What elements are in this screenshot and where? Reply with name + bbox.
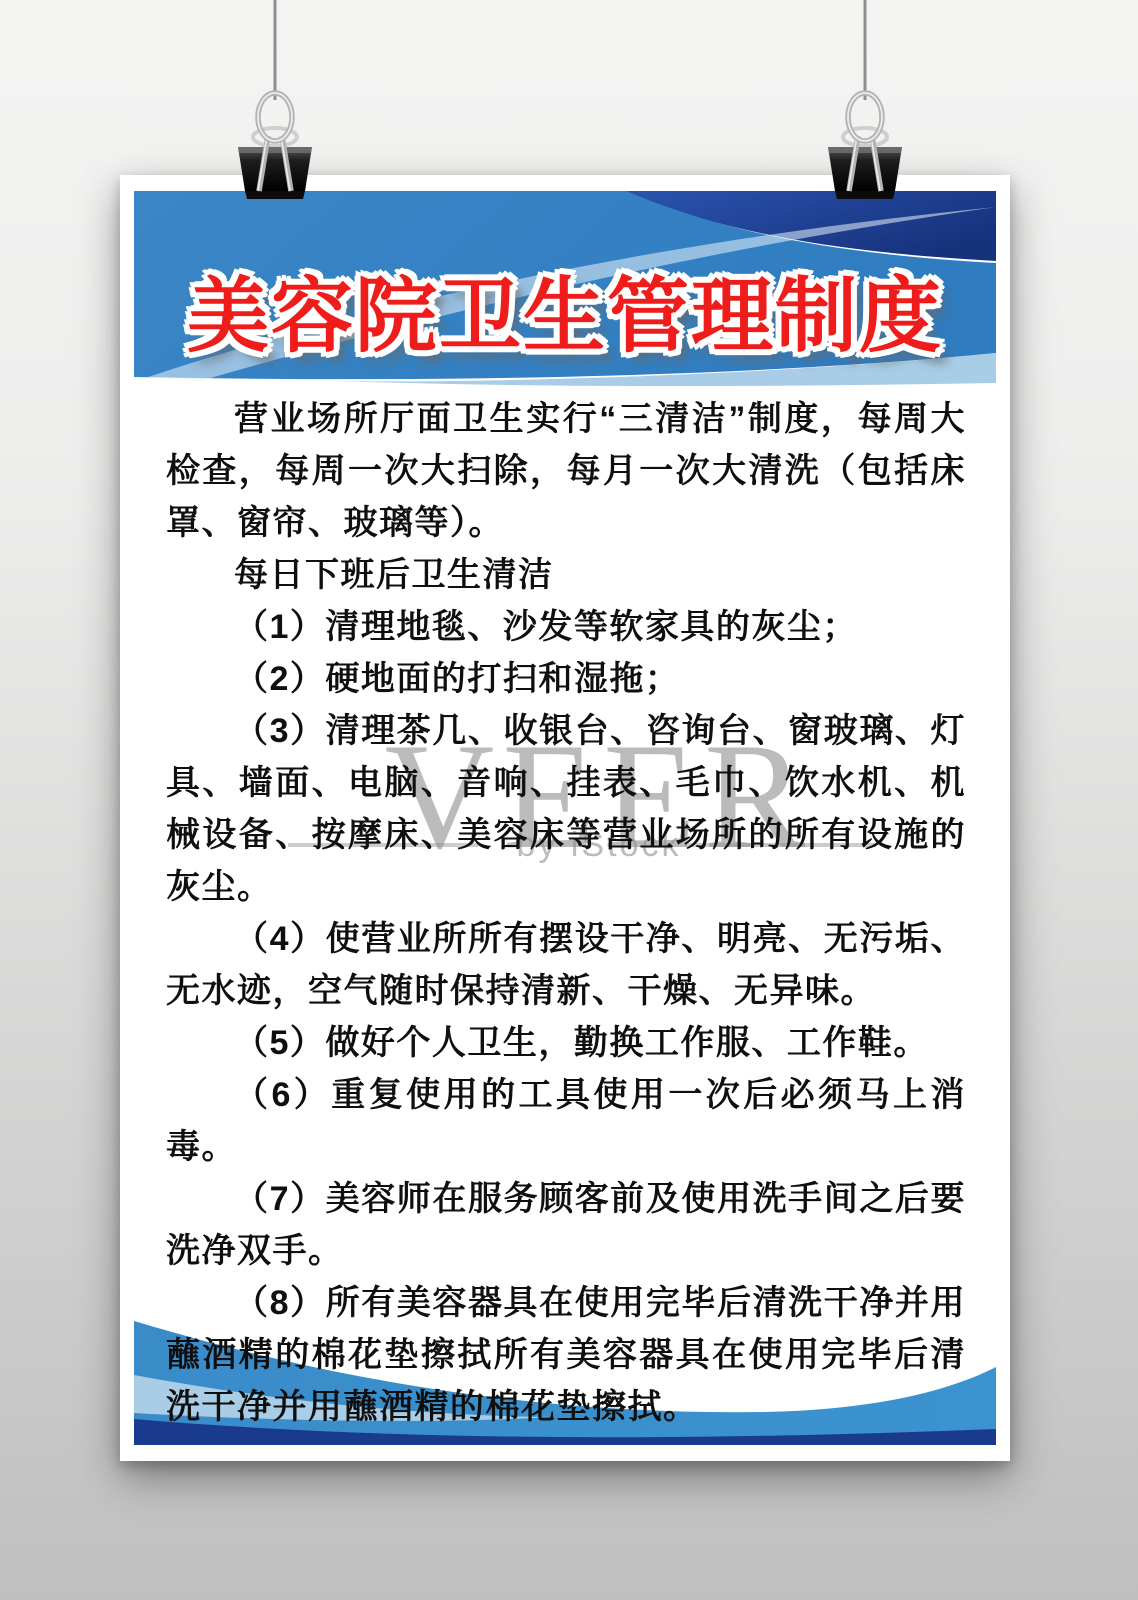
paragraph-rule-8: （8）所有美容器具在使用完毕后清洗干净并用蘸酒精的棉花垫擦拭所有美容器具在使用完… — [166, 1277, 966, 1433]
paragraph-rule-3: （3）清理茶几、收银台、咨询台、窗玻璃、灯具、墙面、电脑、音响、挂表、毛巾、饮水… — [166, 705, 966, 913]
paragraph-section: 每日下班后卫生清洁 — [166, 549, 966, 601]
paragraph-intro: 营业场所厅面卫生实行“三清洁”制度，每周大检查，每周一次大扫除，每月一次大清洗（… — [166, 393, 966, 549]
paragraph-rule-7: （7）美容师在服务顾客前及使用洗手间之后要洗净双手。 — [166, 1173, 966, 1277]
poster-title: 美容院卫生管理制度 — [120, 251, 1010, 368]
paragraph-rule-5: （5）做好个人卫生，勤换工作服、工作鞋。 — [166, 1017, 966, 1069]
scene-background: 美容院卫生管理制度 VEER by iStock 营业场所厅面卫生实行“三清洁”… — [0, 0, 1138, 1600]
binder-clip-right-icon — [820, 0, 910, 205]
hanging-string — [274, 0, 277, 100]
clip-body — [238, 147, 312, 191]
paragraph-rule-4: （4）使营业所所有摆设干净、明亮、无污垢、无水迹，空气随时保持清新、干燥、无异味… — [166, 913, 966, 1017]
paragraph-rule-2: （2）硬地面的打扫和湿拖； — [166, 653, 966, 705]
poster-body: 营业场所厅面卫生实行“三清洁”制度，每周大检查，每周一次大扫除，每月一次大清洗（… — [166, 393, 966, 1433]
clip-body — [828, 147, 902, 191]
paragraph-rule-6: （6）重复使用的工具使用一次后必须马上消毒。 — [166, 1069, 966, 1173]
hanging-string — [864, 0, 867, 100]
poster-sheet: 美容院卫生管理制度 VEER by iStock 营业场所厅面卫生实行“三清洁”… — [120, 175, 1010, 1461]
paragraph-rule-1: （1）清理地毯、沙发等软家具的灰尘； — [166, 601, 966, 653]
binder-clip-left-icon — [230, 0, 320, 205]
